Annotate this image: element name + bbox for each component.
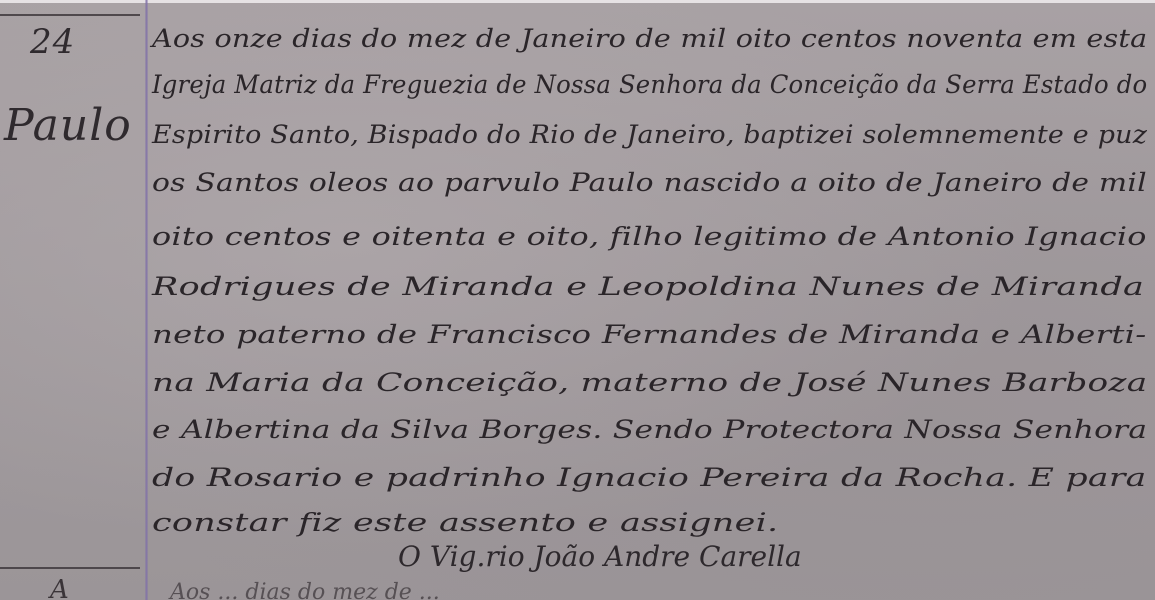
record-line-3: Espirito Santo, Bispado do Rio de Janeir… <box>152 120 1147 149</box>
record-line-10: do Rosario e padrinho Ignacio Pereira da… <box>152 463 1147 492</box>
entry-separator-top <box>0 14 140 16</box>
record-line-1: Aos onze dias do mez de Janeiro de mil o… <box>152 24 1147 53</box>
record-line-8: na Maria da Conceição, materno de José N… <box>152 368 1147 397</box>
next-entry-margin-fragment: A <box>50 575 70 600</box>
record-line-5: oito centos e oitenta e oito, filho legi… <box>152 222 1147 251</box>
record-line-7: neto paterno de Francisco Fernandes de M… <box>152 320 1146 349</box>
page-top-edge <box>0 0 1155 3</box>
record-line-11: constar fiz este assento e assignei. <box>152 508 778 537</box>
entry-name: Paulo <box>4 100 132 151</box>
margin-rule-line <box>145 0 148 600</box>
entry-separator-bottom <box>0 567 140 569</box>
record-line-4: os Santos oleos ao parvulo Paulo nascido… <box>152 168 1147 197</box>
record-line-6: Rodrigues de Miranda e Leopoldina Nunes … <box>152 272 1144 301</box>
document-page: 24 Paulo A Aos onze dias do mez de Janei… <box>0 0 1155 600</box>
vicar-signature: O Vig.rio João Andre Carella <box>398 540 802 573</box>
record-line-2: Igreja Matriz da Freguezia de Nossa Senh… <box>152 70 1147 99</box>
record-line-9: e Albertina da Silva Borges. Sendo Prote… <box>152 415 1147 444</box>
next-entry-fragment: Aos ... dias do mez de ... <box>170 580 440 600</box>
entry-number: 24 <box>30 22 75 62</box>
